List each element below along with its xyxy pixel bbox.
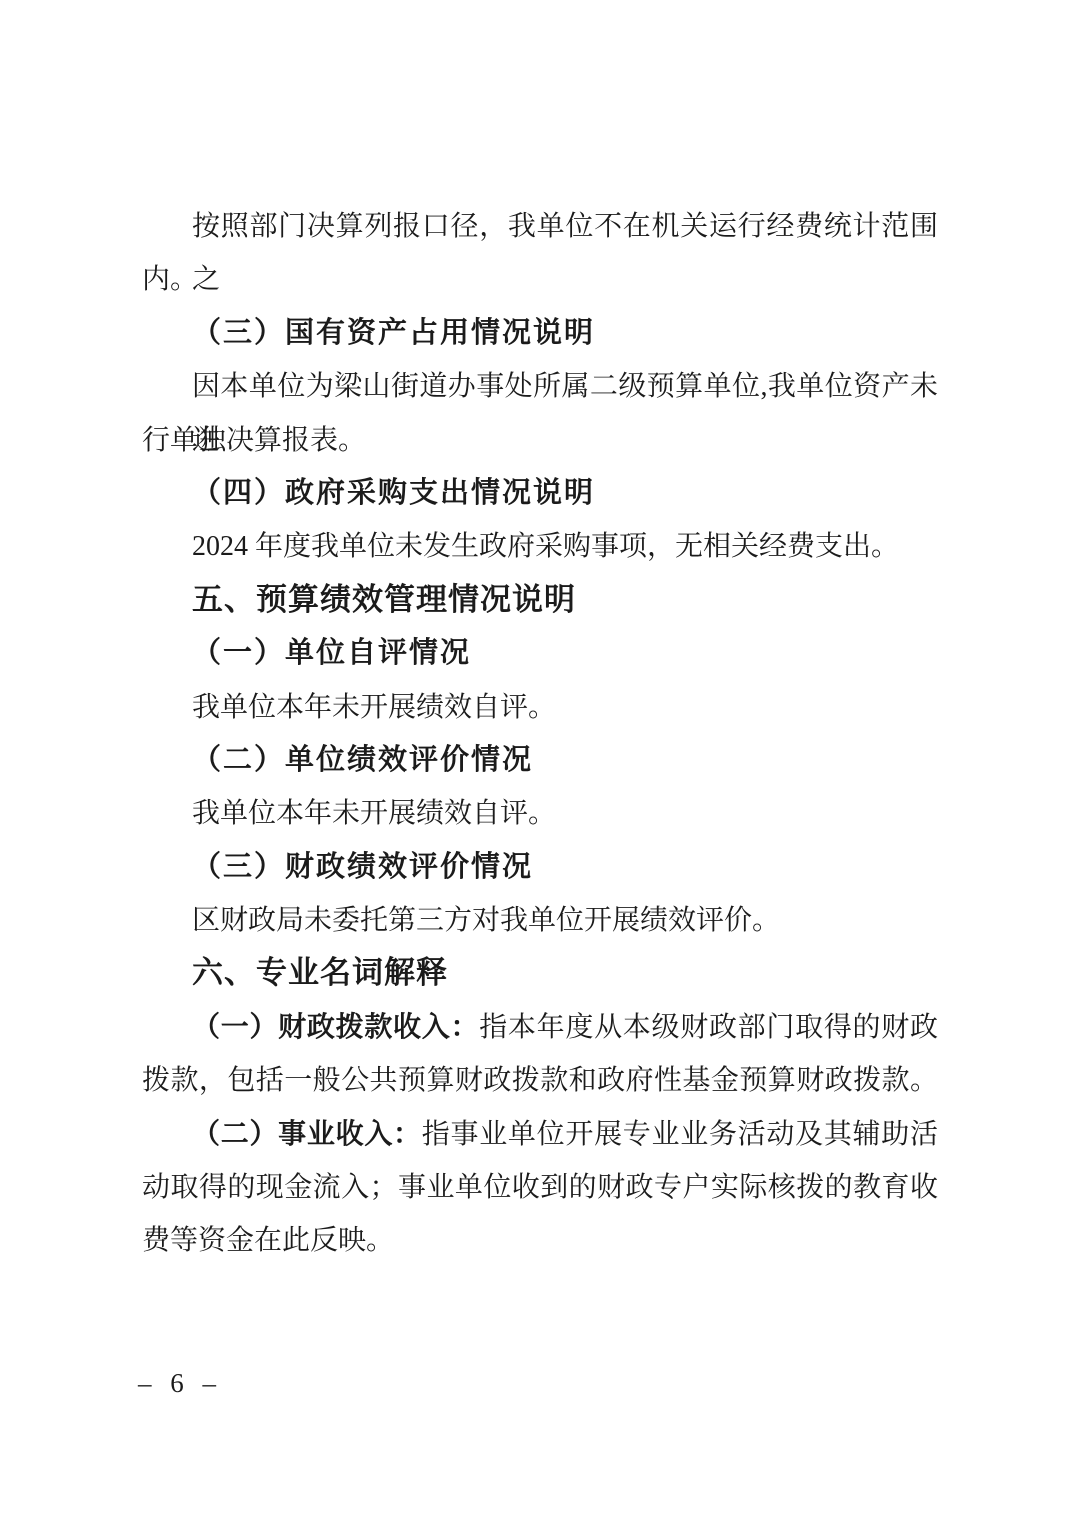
paragraph-line: 按照部门决算列报口径，我单位不在机关运行经费统计范围之 [142, 200, 938, 253]
section-heading: 五、预算绩效管理情况说明 [142, 574, 938, 627]
subsection-heading: （三）财政绩效评价情况 [142, 841, 938, 894]
subsection-heading: （二）单位绩效评价情况 [142, 734, 938, 787]
subsection-heading: （三）国有资产占用情况说明 [142, 307, 938, 360]
paragraph-line: 费等资金在此反映。 [142, 1214, 938, 1267]
term-label: （一）财政拨款收入： [192, 1012, 479, 1043]
page-number: – 6 – [138, 1368, 222, 1399]
paragraph-line: 我单位本年未开展绩效自评。 [142, 681, 938, 734]
document-page: 按照部门决算列报口径，我单位不在机关运行经费统计范围之内。（三）国有资产占用情况… [0, 0, 1075, 1520]
subsection-heading: （四）政府采购支出情况说明 [142, 467, 938, 520]
paragraph-line: 我单位本年未开展绩效自评。 [142, 787, 938, 840]
paragraph-line: （二）事业收入：指事业单位开展专业业务活动及其辅助活 [142, 1108, 938, 1161]
section-heading: 六、专业名词解释 [142, 947, 938, 1000]
paragraph-line: 动取得的现金流入；事业单位收到的财政专户实际核拨的教育收 [142, 1161, 938, 1214]
paragraph-line: 行单独决算报表。 [142, 414, 938, 467]
term-label: （二）事业收入： [192, 1119, 422, 1150]
paragraph-line: 因本单位为梁山街道办事处所属二级预算单位,我单位资产未进 [142, 360, 938, 413]
term-definition: 指本年度从本级财政部门取得的财政 [479, 1012, 938, 1043]
paragraph-line: 2024 年度我单位未发生政府采购事项，无相关经费支出。 [142, 520, 938, 573]
document-body: 按照部门决算列报口径，我单位不在机关运行经费统计范围之内。（三）国有资产占用情况… [142, 200, 938, 1268]
term-definition: 指事业单位开展专业业务活动及其辅助活 [422, 1119, 938, 1150]
paragraph-line: 内。 [142, 253, 938, 306]
paragraph-line: （一）财政拨款收入：指本年度从本级财政部门取得的财政 [142, 1001, 938, 1054]
paragraph-line: 区财政局未委托第三方对我单位开展绩效评价。 [142, 894, 938, 947]
paragraph-line: 拨款，包括一般公共预算财政拨款和政府性基金预算财政拨款。 [142, 1054, 938, 1107]
subsection-heading: （一）单位自评情况 [142, 627, 938, 680]
